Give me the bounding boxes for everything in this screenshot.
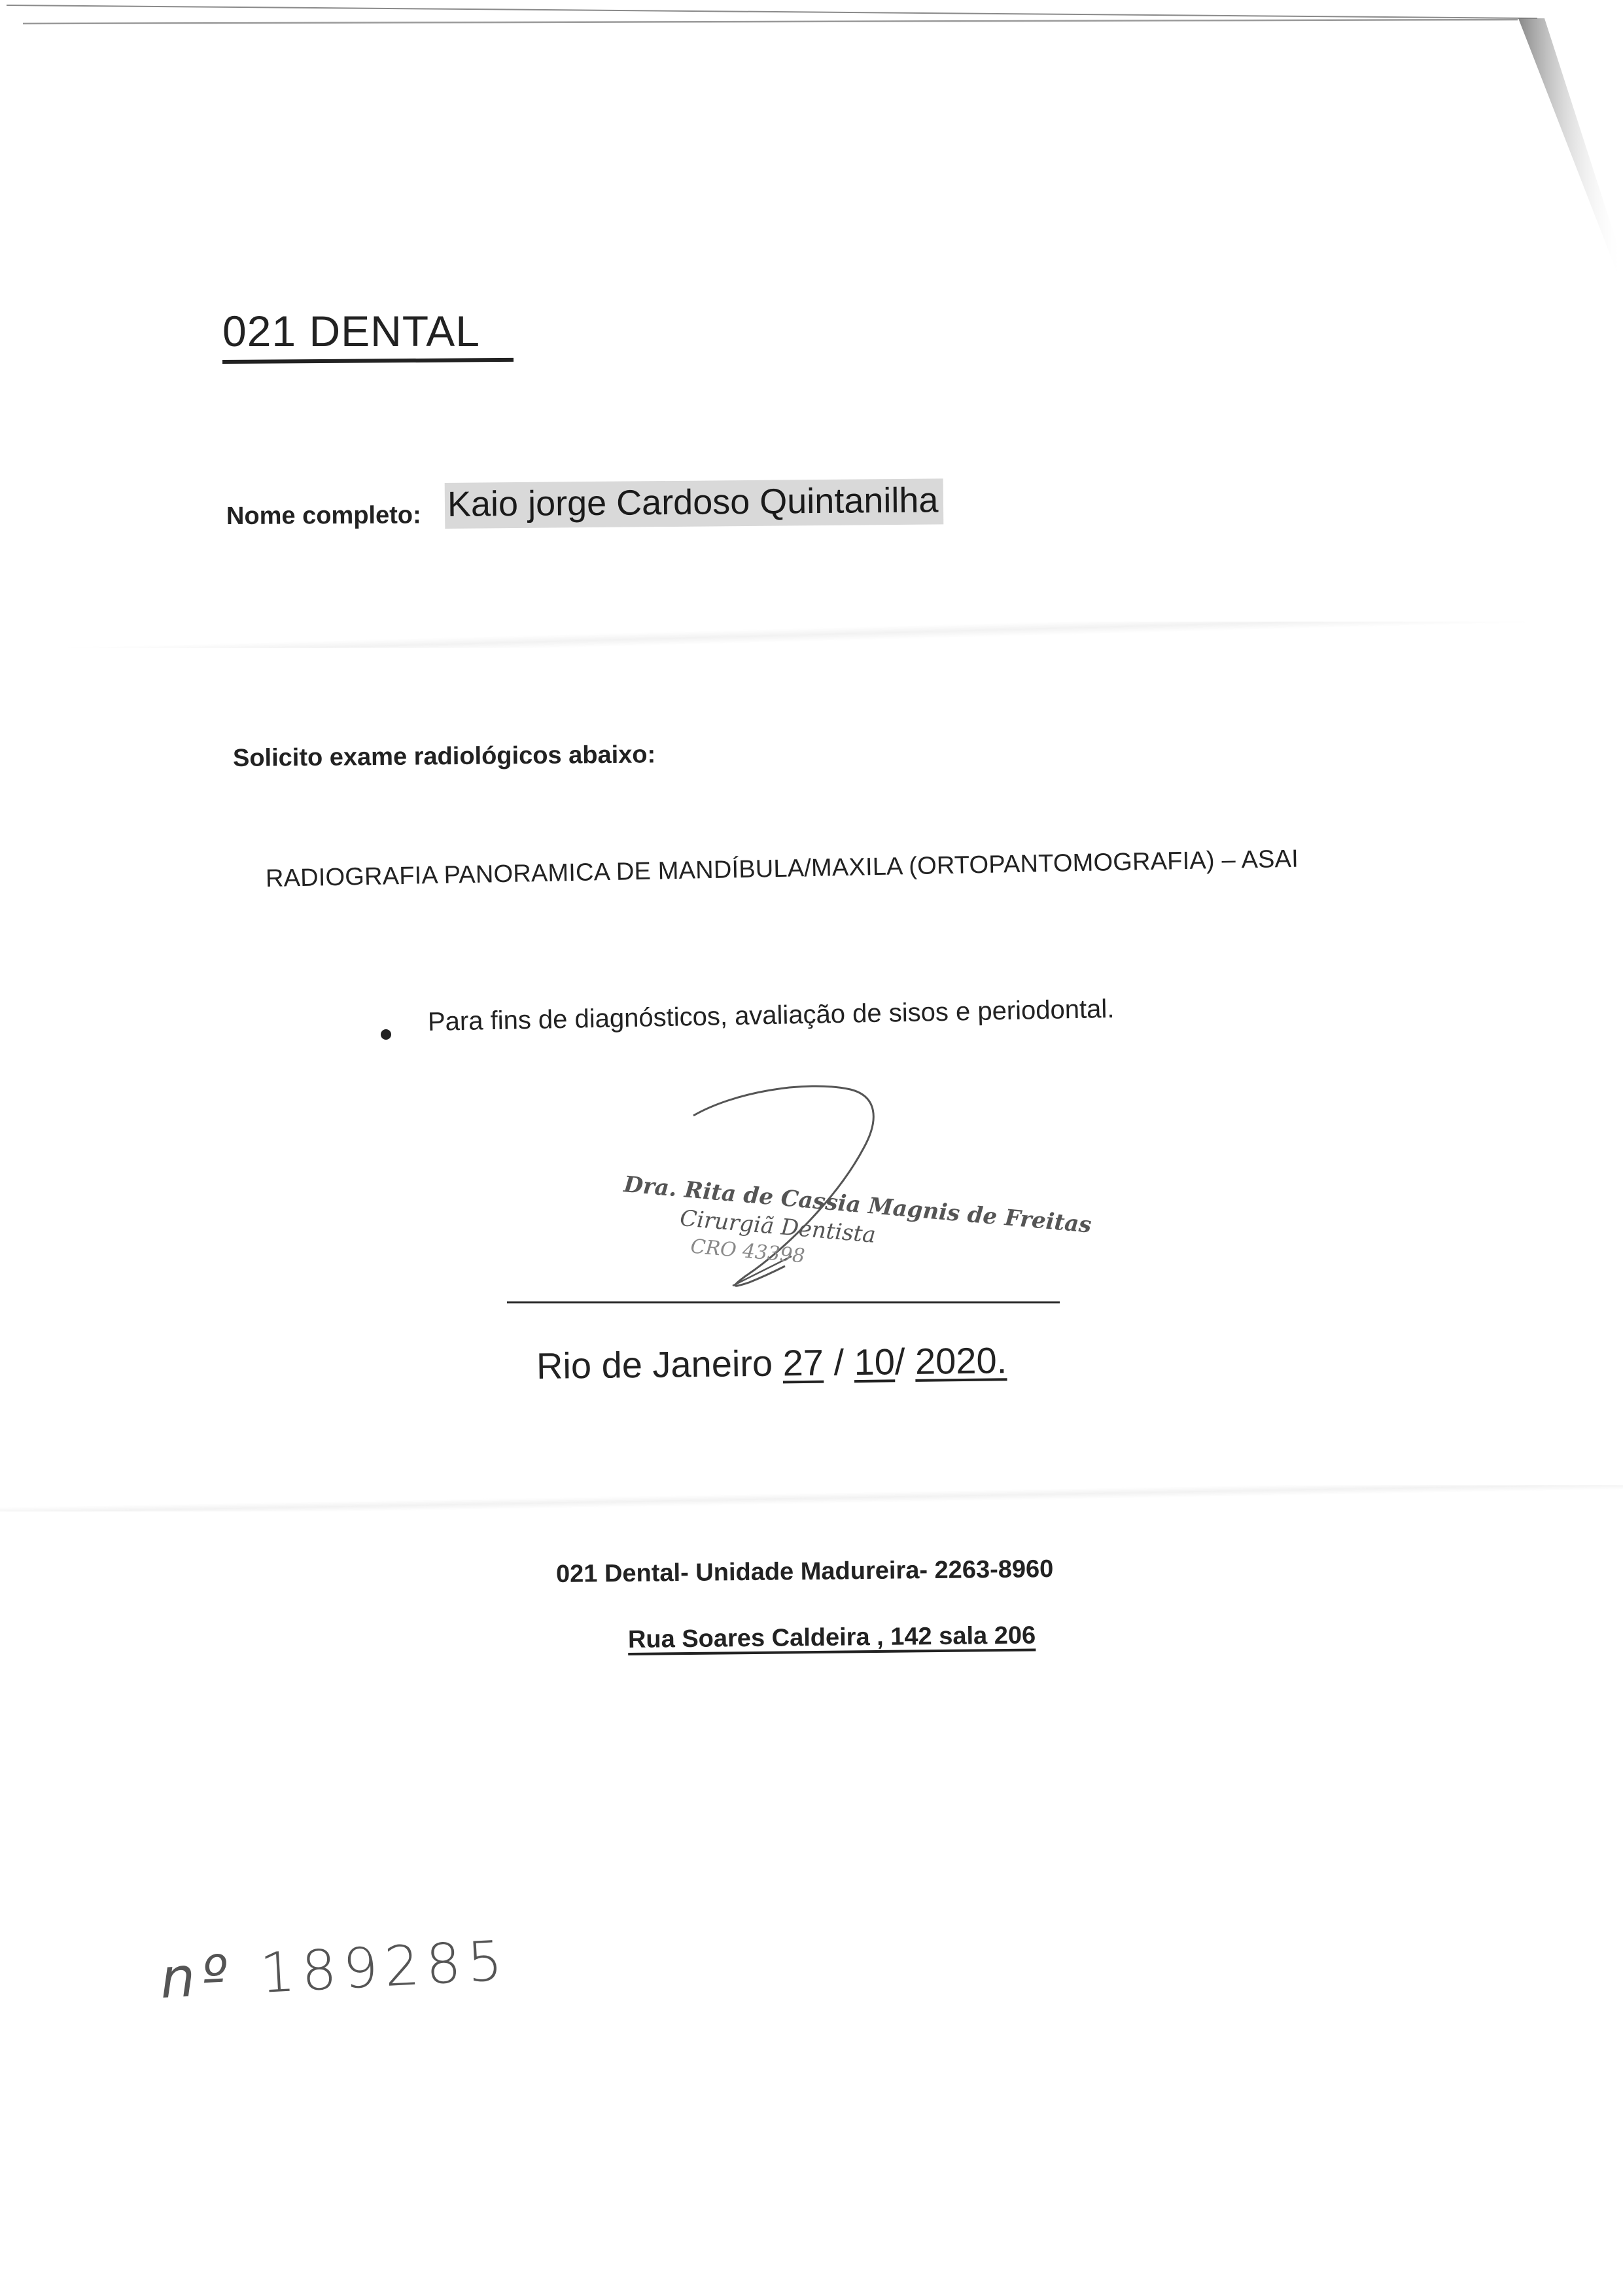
date-line: Rio de Janeiro 27 / 10/ 2020. [536, 1339, 1007, 1387]
number-prefix: nº [158, 1943, 236, 2011]
date-city: Rio de Janeiro [536, 1343, 773, 1386]
date-separator: / [833, 1341, 844, 1383]
number-value: 189285 [258, 1928, 510, 2005]
date-day: 27 [782, 1342, 824, 1384]
title-underline [222, 358, 514, 364]
exam-description: RADIOGRAFIA PANORAMICA DE MANDÍBULA/MAXI… [266, 845, 1299, 893]
date-separator: / [895, 1341, 905, 1382]
date-year: 2020. [915, 1339, 1007, 1382]
scan-edge-right [1453, 0, 1623, 301]
purpose-bullet: Para fins de diagnósticos, avaliação de … [428, 995, 1115, 1037]
scan-artifact-band [0, 1485, 1623, 1511]
request-heading: Solicito exame radiológicos abaixo: [233, 741, 656, 773]
signature-line [507, 1301, 1060, 1303]
handwritten-number: nº189285 [158, 1928, 510, 2011]
scan-artifact-band [0, 622, 1623, 648]
clinic-title: 021 DENTAL [222, 306, 480, 356]
clinic-unit-info: 021 Dental- Unidade Madureira- 2263-8960 [556, 1555, 1054, 1589]
patient-name-value: Kaio jorge Cardoso Quintanilha [445, 478, 944, 529]
scan-edge-top [0, 0, 1623, 39]
clinic-address: Rua Soares Caldeira , 142 sala 206 [628, 1621, 1036, 1654]
date-month: 10 [854, 1341, 895, 1383]
patient-name-label: Nome completo: [226, 501, 421, 531]
bullet-icon [381, 1029, 391, 1040]
